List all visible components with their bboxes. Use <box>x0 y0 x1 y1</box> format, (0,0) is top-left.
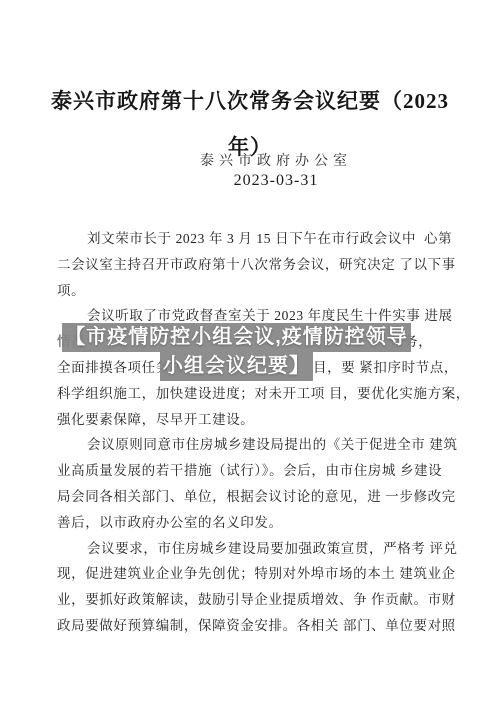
body-line: 善后，以市政府办公室的名义印发。 <box>57 510 453 536</box>
body-line: 会议要求，市住房城乡建设局要加强政策宣贯，严格考 评兑 <box>57 536 453 562</box>
body-line: 科学组织施工，加快建设进度；对未开工项 目，要优化实施方案， <box>57 381 453 407</box>
document-page: 泰兴市政府第十八次常务会议纪要（2023 年） 泰兴市政府办公室 2023-03… <box>0 0 500 706</box>
body-line: 业高质量发展的若干措施（试行）》。会后，由市住房城 乡建设 <box>57 458 453 484</box>
body-line-fragment: 情况 <box>57 329 85 355</box>
body-line: 政局要做好预算编制，保障资金安排。各相关 部门、单位要对照 <box>57 613 453 639</box>
body-line: 局会同各相关部门、单位，根据会议讨论的意见，进 一步修改完 <box>57 484 453 510</box>
body-line: 现，促进建筑业企业争先创优；特别对外埠市场的本土 建筑业企 <box>57 561 453 587</box>
body-line: 全面排摸各项任务扎目，要 紧扣序时节点， <box>57 355 453 381</box>
publish-date: 2023-03-31 <box>0 172 500 190</box>
body-line-fragment: 任务， <box>390 329 432 355</box>
body-line: 业，要抓好政策解读，鼓励引导企业提质增效、争 作贡献。市财 <box>57 587 453 613</box>
document-title-line-1: 泰兴市政府第十八次常务会议纪要（2023 <box>0 78 500 124</box>
body-line-fragment: 全面排摸各项任务扎 <box>57 355 184 381</box>
body-line: 二会议室主持召开市政府第十八次常务会议，研究决定 了以下事 <box>57 252 453 278</box>
document-body: 刘文荣市长于 2023 年 3 月 15 日下午在市行政会议中 心第二会议室主持… <box>57 226 453 639</box>
body-line: 项。 <box>57 278 453 304</box>
body-line: 情况任务， <box>57 329 453 355</box>
body-line: 会议听取了市党政督查室关于 2023 年度民生十件实事 进展 <box>57 303 453 329</box>
body-line: 会议原则同意市住房城乡建设局提出的《关于促进全市 建筑 <box>57 432 453 458</box>
body-line: 强化要素保障，尽早开工建设。 <box>57 407 453 433</box>
issuing-office: 泰兴市政府办公室 <box>0 150 500 170</box>
body-line-fragment: 目，要 紧扣序时节点， <box>313 355 458 381</box>
body-line: 刘文荣市长于 2023 年 3 月 15 日下午在市行政会议中 心第 <box>57 226 453 252</box>
